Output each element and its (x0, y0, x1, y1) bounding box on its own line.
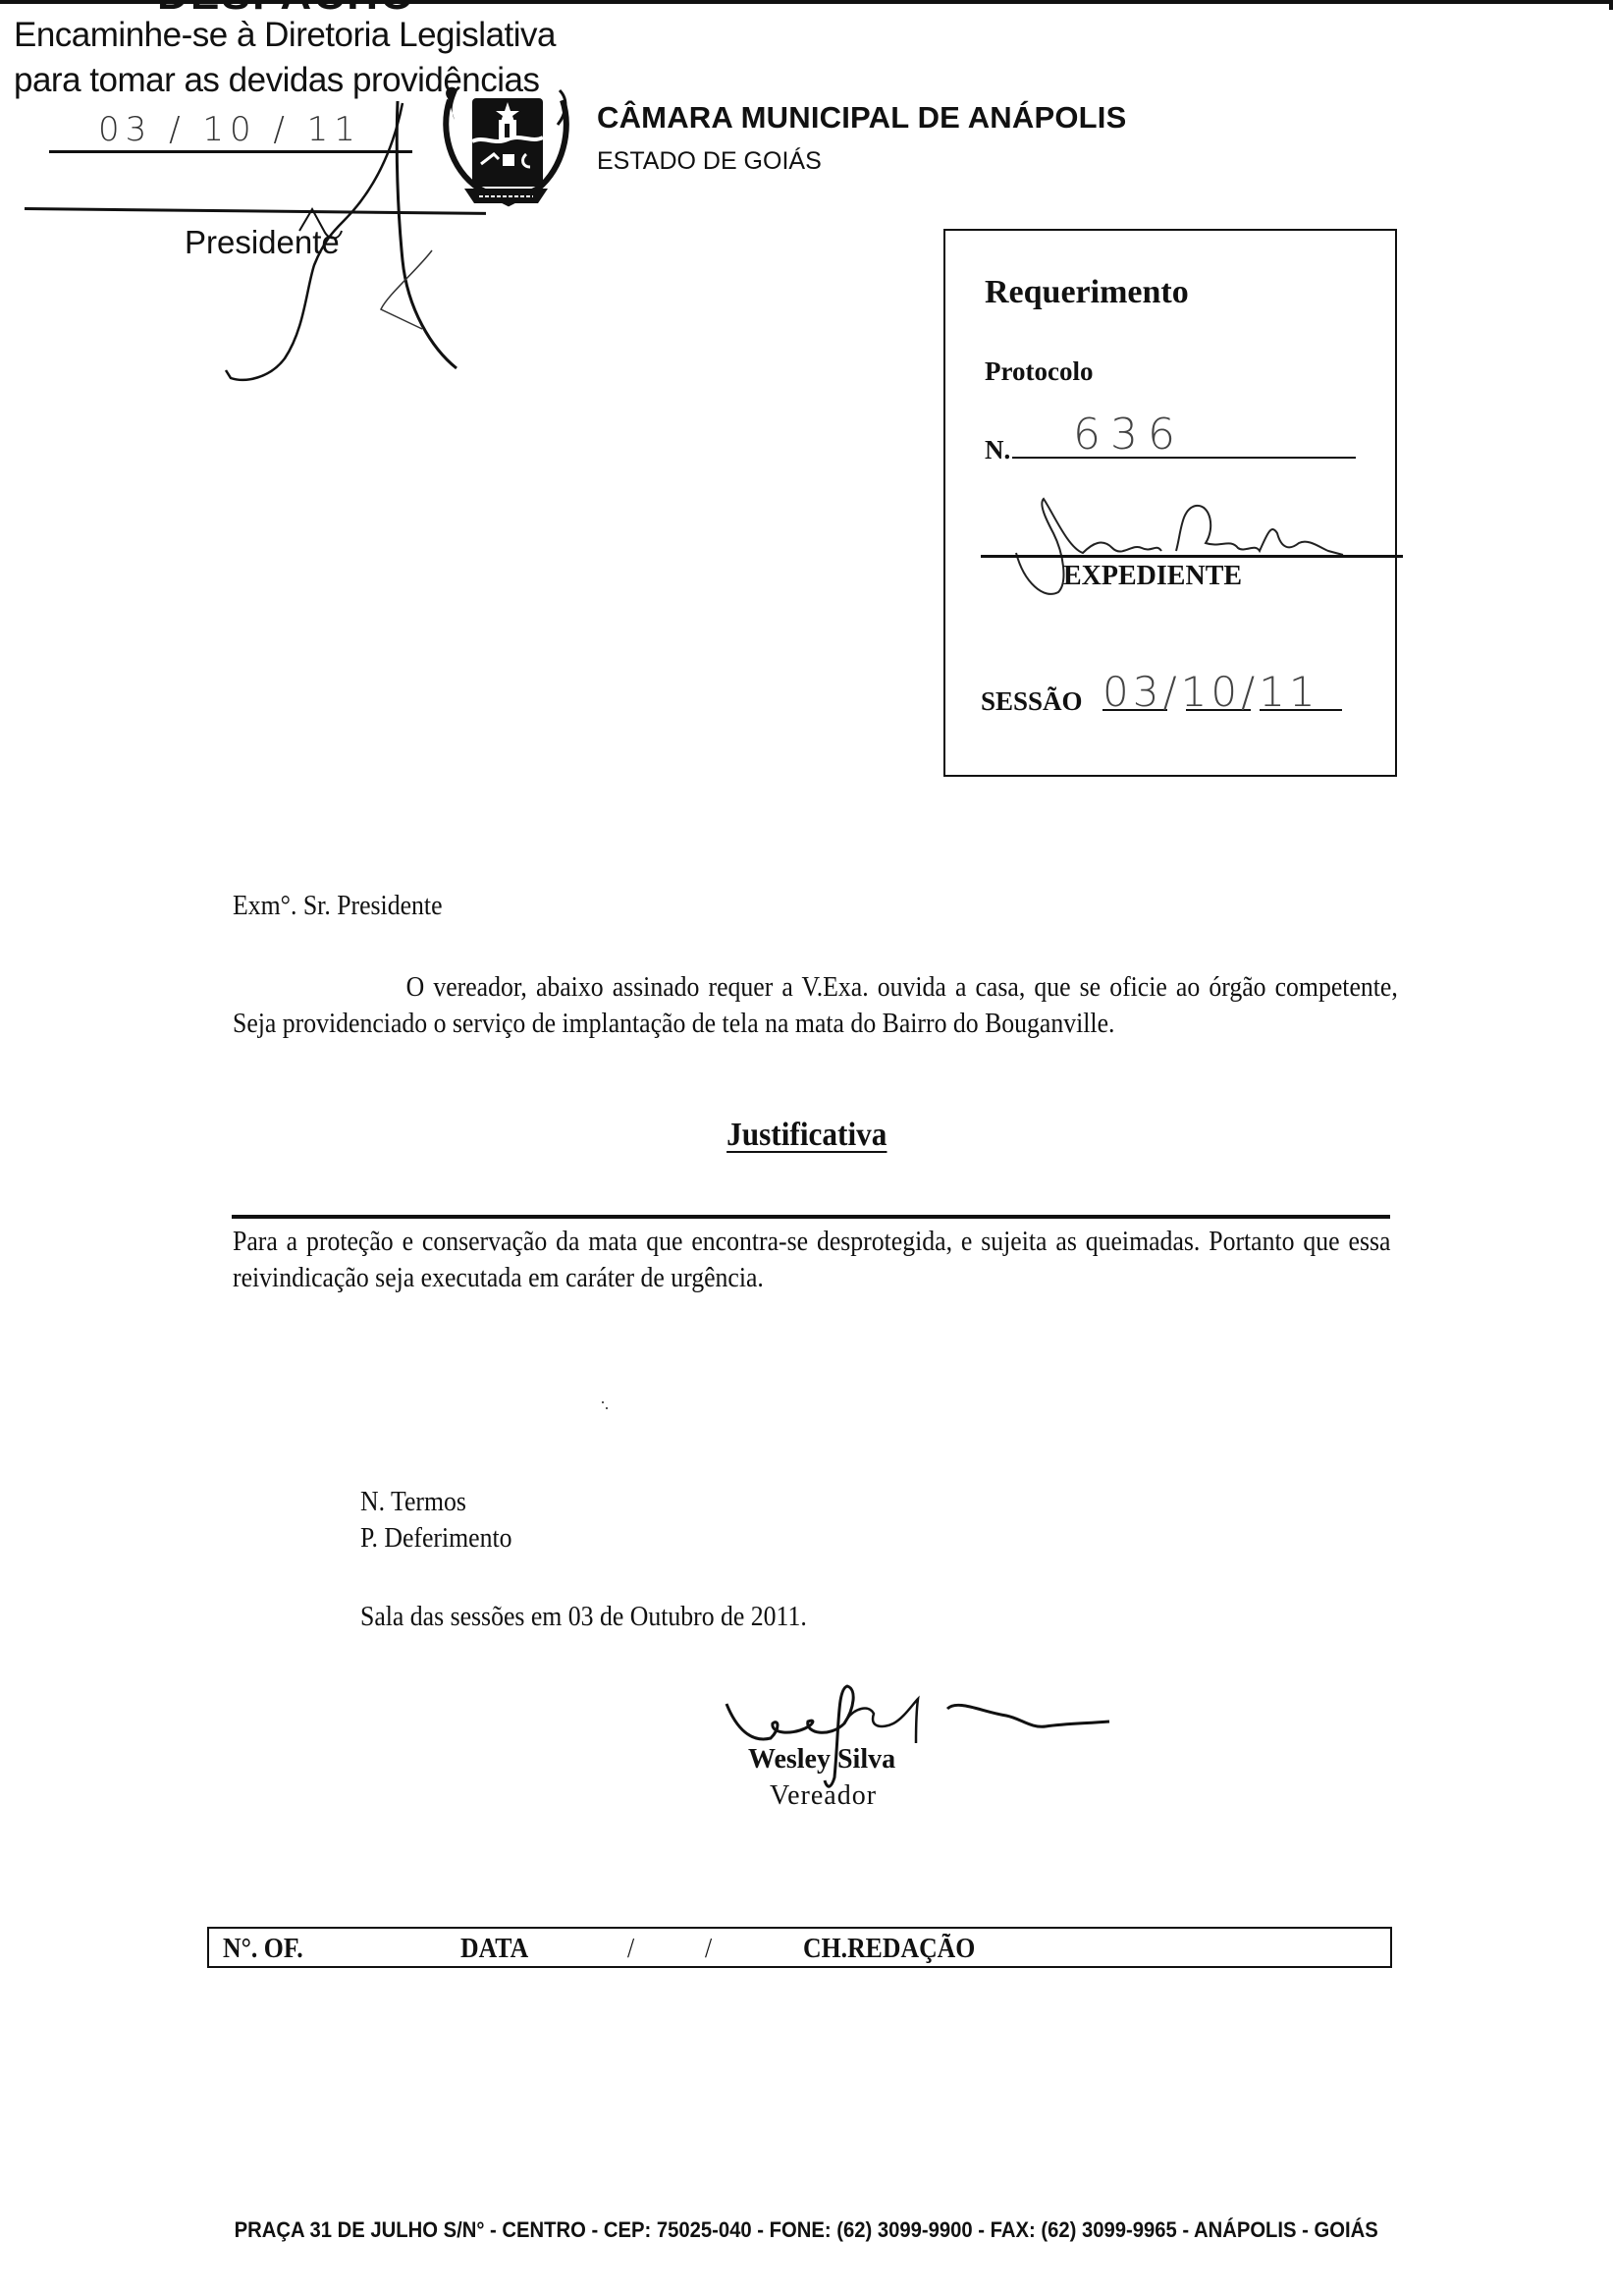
protocol-number-value: 636 (1073, 410, 1185, 460)
protocol-expediente-label: EXPEDIENTE (1063, 561, 1242, 592)
justification-rule (232, 1215, 1390, 1219)
office-date-separator-1: / (627, 1934, 634, 1965)
organization-state: ESTADO DE GOIÁS (597, 147, 822, 176)
scan-speck (602, 1401, 604, 1403)
signer-name: Wesley Silva (748, 1744, 895, 1776)
stamp-instruction-line-1: Encaminhe-se à Diretoria Legislativa (14, 16, 556, 55)
address-footer: PRAÇA 31 DE JULHO S/N° - CENTRO - CEP: 7… (0, 2217, 1613, 2243)
closing-line-1: N. Termos (360, 1484, 466, 1520)
coat-of-arms-icon (440, 81, 572, 213)
protocol-label: Protocolo (985, 356, 1093, 387)
office-date-label: DATA (460, 1934, 528, 1965)
justification-heading: Justificativa (0, 1117, 1613, 1154)
protocol-doc-type: Requerimento (985, 274, 1189, 311)
protocol-signature-line (981, 555, 1403, 558)
justification-title: Justificativa (726, 1117, 887, 1154)
place-and-date: Sala das sessões em 03 de Outubro de 201… (360, 1599, 807, 1635)
request-text: O vereador, abaixo assinado requer a V.E… (233, 969, 1398, 1042)
closing-line-2: P. Deferimento (360, 1520, 512, 1557)
councilor-signature-icon (722, 1684, 1114, 1792)
clerk-signature-icon (1014, 494, 1368, 612)
request-paragraph: O vereador, abaixo assinado requer a V.E… (233, 969, 1398, 1042)
protocol-number-label: N. (985, 435, 1010, 465)
office-writing-label: CH.REDAÇÃO (803, 1934, 975, 1965)
justification-text: Para a proteção e conservação da mata qu… (233, 1224, 1390, 1296)
office-record-box: N°. OF. DATA / / CH.REDAÇÃO (207, 1927, 1392, 1968)
office-date-separator-2: / (705, 1934, 712, 1965)
office-number-label: N°. OF. (223, 1934, 303, 1965)
scan-speck (606, 1407, 608, 1409)
protocol-session-date: 03/10/11 (1102, 668, 1319, 716)
organization-name: CÂMARA MUNICIPAL DE ANÁPOLIS (597, 100, 1127, 136)
top-border-corner (1609, 0, 1613, 10)
protocol-box: Requerimento Protocolo N. 636 EXPEDIENTE… (943, 229, 1397, 777)
signer-role: Vereador (770, 1780, 877, 1812)
salutation: Exm°. Sr. Presidente (233, 888, 443, 924)
protocol-session-label: SESSÃO (981, 686, 1083, 717)
address-text: PRAÇA 31 DE JULHO S/N° - CENTRO - CEP: 7… (235, 2217, 1378, 2243)
